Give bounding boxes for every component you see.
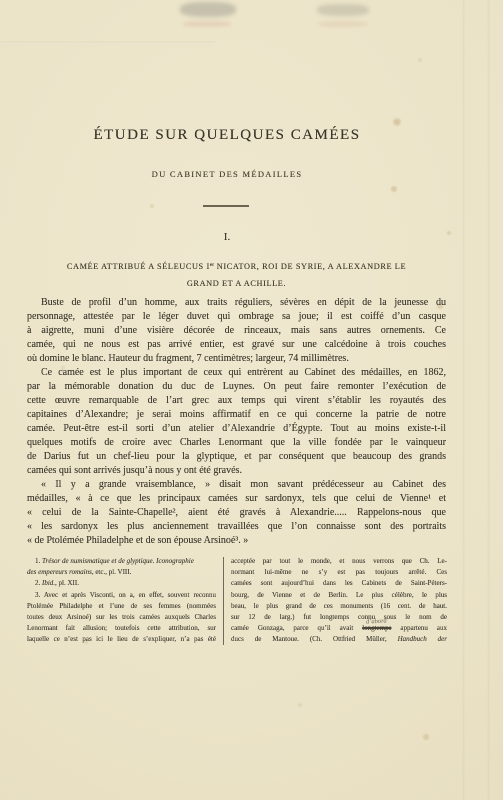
footnote-number: 2. (35, 579, 42, 587)
handwritten-correction: d’abord (366, 616, 387, 628)
ornament-rule (203, 205, 249, 207)
faded-stamp-mark (317, 4, 369, 16)
paragraph-text: Ce camée est le plus important de ceux q… (27, 366, 446, 464)
section-number: I. (17, 231, 437, 243)
footnote-3-continued: acceptée par tout le monde, et nous verr… (231, 556, 447, 646)
footnote-1: 1. Trésor de numismatique et de glyptiqu… (27, 556, 216, 578)
paragraph-text: Buste de profil d’un homme, aux traits r… (27, 296, 446, 352)
footnotes-right-column: acceptée par tout le monde, et nous verr… (231, 556, 447, 646)
manuscript-correction: longtempsd’abord (362, 624, 391, 632)
scanned-book-page: ÉTUDE SUR QUELQUES CAMÉES DU CABINET DES… (0, 0, 503, 800)
paragraph-text: « Il y a grande vraisemblance, » disait … (27, 478, 446, 534)
footnote-text: , etc., pl. VIII. (92, 568, 132, 576)
footnote-text: acceptée par tout le monde, et nous verr… (231, 557, 447, 632)
paper-stain (183, 21, 231, 27)
footnote-italic-title: Ibid. (42, 579, 55, 587)
footnote-text: 3. Avec et après Visconti, on a, en effe… (27, 591, 216, 644)
fold-line (488, 0, 490, 800)
footnote-text: , pl. XII. (55, 579, 79, 587)
section-heading: CAMÉE ATTRIBUÉ A SÉLEUCUS Ier NICATOR, R… (27, 257, 446, 292)
footnote-number: 1. (35, 557, 42, 565)
footnote-italic-title: Handbuch der (398, 635, 447, 643)
faded-stamp-mark (180, 2, 236, 17)
section-heading-text: NICATOR, ROI DE SYRIE, A ALEXANDRE LE GR… (187, 262, 406, 288)
footnotes-left-column: 1. Trésor de numismatique et de glyptiqu… (27, 556, 216, 646)
crease-line (0, 42, 215, 45)
footnotes-section: 1. Trésor de numismatique et de glyptiqu… (27, 556, 447, 646)
paragraph-last-line: « de Ptolémée Philadelphe et de son épou… (27, 534, 446, 548)
section-heading-text: CAMÉE ATTRIBUÉ A SÉLEUCUS I (67, 262, 210, 271)
page-title: ÉTUDE SUR QUELQUES CAMÉES (17, 127, 437, 144)
paragraph-description: Buste de profil d’un homme, aux traits r… (27, 296, 446, 366)
footnote-2: 2. Ibid., pl. XII. (27, 578, 216, 589)
body-text-block: Buste de profil d’un homme, aux traits r… (27, 296, 446, 548)
fold-line (463, 0, 465, 800)
page-subtitle: DU CABINET DES MÉDAILLES (17, 169, 437, 179)
footnote-3: 3. Avec et après Visconti, on a, en effe… (27, 590, 216, 646)
column-divider-rule (223, 557, 224, 645)
paragraph-last-line: où domine le blanc. Hauteur du fragment,… (27, 352, 446, 366)
paragraph-provenance: Ce camée est le plus important de ceux q… (27, 366, 446, 478)
paragraph-quote: « Il y a grande vraisemblance, » disait … (27, 478, 446, 548)
paper-stain (318, 21, 368, 27)
paragraph-last-line: camées qui sont arrivés jusqu’à nous y o… (27, 464, 446, 478)
